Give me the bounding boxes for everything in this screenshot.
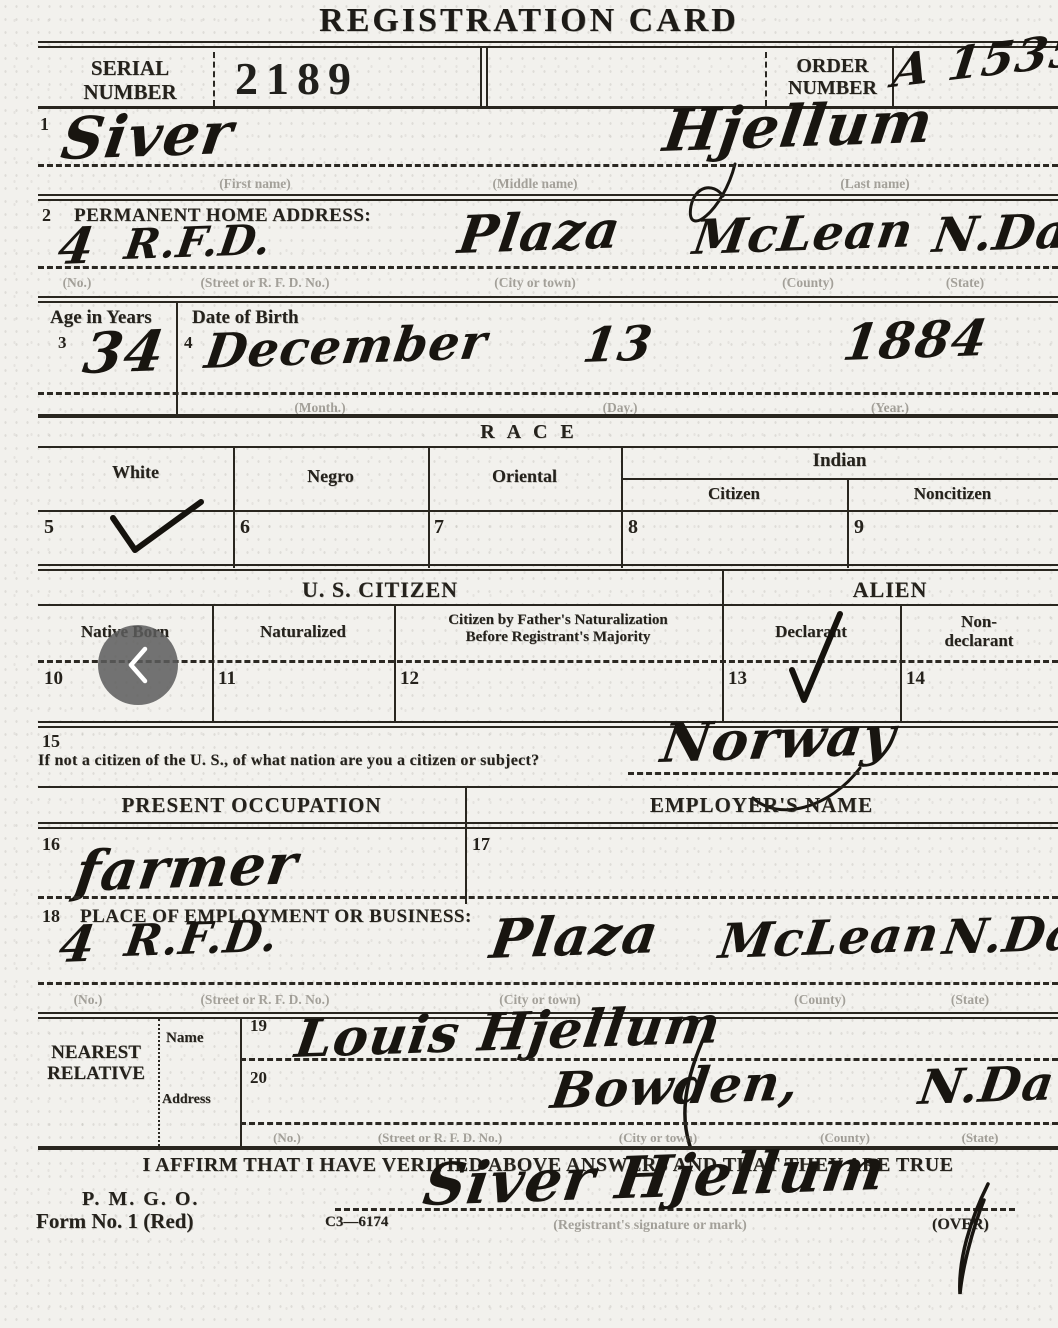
age-value: 34 xyxy=(80,323,168,382)
rule xyxy=(38,822,1058,829)
divider xyxy=(722,571,724,723)
write-line xyxy=(628,772,1058,775)
chevron-left-icon xyxy=(123,641,153,689)
item-number-1: 1 xyxy=(40,114,49,135)
box-10-number: 10 xyxy=(44,668,63,690)
box-9-number: 9 xyxy=(854,516,864,539)
alien-title: ALIEN xyxy=(722,578,1058,603)
middle-name-caption: (Middle name) xyxy=(440,176,630,192)
divider xyxy=(233,446,235,568)
divider xyxy=(240,1019,242,1146)
signature-caption: (Registrant's signature or mark) xyxy=(480,1218,820,1234)
street-caption: (Street or R. F. D. No.) xyxy=(140,275,390,291)
race-col-oriental: Oriental xyxy=(428,466,621,486)
no-caption: (No.) xyxy=(252,1130,322,1146)
item-number-3: 3 xyxy=(58,333,67,353)
nearest-relative-heading: NEAREST RELATIVE xyxy=(40,1042,152,1085)
race-col-white: White xyxy=(38,462,233,482)
race-title: R A C E xyxy=(0,421,1058,443)
employment-state: N.Da xyxy=(940,909,1058,962)
employment-no: 4 xyxy=(56,919,99,970)
home-address-no: 4 xyxy=(55,221,98,272)
write-line xyxy=(240,1122,1058,1125)
relative-address-city: Bowden, xyxy=(548,1057,803,1116)
item-number-2: 2 xyxy=(42,205,51,226)
declarant-checkmark-icon xyxy=(778,608,850,708)
us-citizen-title: U. S. CITIZEN xyxy=(38,578,722,603)
divider xyxy=(176,302,178,414)
street-caption: (Street or R. F. D. No.) xyxy=(325,1130,555,1146)
section-border xyxy=(38,296,1058,303)
divider xyxy=(847,478,849,568)
nation-value: Norway xyxy=(658,708,900,770)
state-caption: (State) xyxy=(915,992,1025,1008)
box-11-number: 11 xyxy=(218,668,236,690)
box-13-number: 13 xyxy=(728,668,747,690)
write-line xyxy=(38,982,1058,985)
rule xyxy=(38,446,1058,448)
box-14-number: 14 xyxy=(906,668,925,690)
occupation-value: farmer xyxy=(72,836,301,900)
box-5-number: 5 xyxy=(44,516,54,539)
item-number-15: 15 xyxy=(42,731,60,752)
serial-number-value: 2189 xyxy=(235,52,359,105)
state-caption: (State) xyxy=(930,1130,1030,1146)
birth-day-value: 13 xyxy=(580,320,656,370)
divider xyxy=(394,604,396,723)
street-caption: (Street or R. F. D. No.) xyxy=(140,992,390,1008)
first-name-value: Siver xyxy=(58,104,237,168)
item-number-18: 18 xyxy=(42,906,60,927)
county-caption: (County) xyxy=(760,992,880,1008)
handwriting-flourish xyxy=(930,1180,1000,1300)
home-address-street: R.F.D. xyxy=(122,219,274,266)
occupation-heading: PRESENT OCCUPATION xyxy=(38,794,465,818)
birth-year-value: 1884 xyxy=(840,313,991,368)
section-border xyxy=(38,564,1058,571)
item-number-4: 4 xyxy=(184,333,193,353)
write-line xyxy=(38,896,1058,899)
non-declarant-header: Non- declarant xyxy=(900,612,1058,650)
section-border xyxy=(38,721,1058,728)
write-line xyxy=(38,164,1058,167)
relative-address-label: Address xyxy=(162,1092,211,1108)
box-12-number: 12 xyxy=(400,668,419,690)
divider xyxy=(158,1019,160,1146)
box-7-number: 7 xyxy=(434,516,444,539)
naturalized-header: Naturalized xyxy=(212,622,394,641)
item-number-17: 17 xyxy=(472,834,490,855)
county-caption: (County) xyxy=(748,275,868,291)
relative-address-state: N.Da xyxy=(916,1059,1058,1112)
employment-city: Plaza xyxy=(487,906,662,966)
rule xyxy=(38,786,1058,788)
section-border xyxy=(38,194,1058,201)
divider xyxy=(621,446,623,568)
white-checkmark-icon xyxy=(105,498,210,556)
box-8-number: 8 xyxy=(628,516,638,539)
employer-heading: EMPLOYER'S NAME xyxy=(465,794,1058,818)
no-caption: (No.) xyxy=(42,275,112,291)
item-number-16: 16 xyxy=(42,834,60,855)
last-name-caption: (Last name) xyxy=(790,176,960,192)
item-number-19: 19 xyxy=(250,1016,267,1036)
home-address-city: Plaza xyxy=(455,204,624,262)
item-number-20: 20 xyxy=(250,1068,267,1088)
form-number-label: Form No. 1 (Red) xyxy=(36,1210,193,1234)
last-name-value: Hjellum xyxy=(660,93,937,160)
home-address-state: N.Da xyxy=(930,207,1058,260)
carousel-prev-button[interactable] xyxy=(98,625,178,705)
state-caption: (State) xyxy=(910,275,1020,291)
rule xyxy=(38,604,1058,606)
no-caption: (No.) xyxy=(48,992,128,1008)
over-label: (OVER) xyxy=(932,1216,989,1234)
registration-card-scan: REGISTRATION CARD SERIAL NUMBER 2189 ORD… xyxy=(0,0,1058,1328)
divider xyxy=(213,52,215,106)
box-6-number: 6 xyxy=(240,516,250,539)
race-col-negro: Negro xyxy=(233,466,428,486)
write-line xyxy=(38,266,1058,269)
home-address-county: McLean xyxy=(690,206,917,262)
city-caption: (City or town) xyxy=(450,275,620,291)
registrant-signature: Siver Hjellum xyxy=(420,1140,889,1214)
nation-question: If not a citizen of the U. S., of what n… xyxy=(38,752,539,770)
divider xyxy=(480,48,488,108)
birth-month-value: December xyxy=(202,318,490,376)
father-naturalization-header: Citizen by Father's Naturalization Befor… xyxy=(394,612,722,646)
write-line xyxy=(38,660,1058,663)
rule xyxy=(621,478,1058,480)
pmgo-label: P. M. G. O. xyxy=(82,1188,199,1210)
print-code: C3—6174 xyxy=(325,1214,388,1231)
relative-name-value: Louis Hjellum xyxy=(292,999,724,1066)
section-border xyxy=(38,414,1058,418)
race-col-indian: Indian xyxy=(621,450,1058,471)
race-col-indian-noncitizen: Noncitizen xyxy=(847,484,1058,503)
serial-number-label: SERIAL NUMBER xyxy=(50,57,210,104)
race-col-indian-citizen: Citizen xyxy=(621,484,847,503)
relative-name-label: Name xyxy=(166,1030,204,1047)
divider xyxy=(428,446,430,568)
employment-street: R.F.D. xyxy=(122,915,281,964)
page-title: REGISTRATION CARD xyxy=(0,2,1058,40)
first-name-caption: (First name) xyxy=(175,176,335,192)
divider xyxy=(212,604,214,723)
write-line xyxy=(38,392,1058,395)
employment-county: McLean xyxy=(716,910,943,966)
